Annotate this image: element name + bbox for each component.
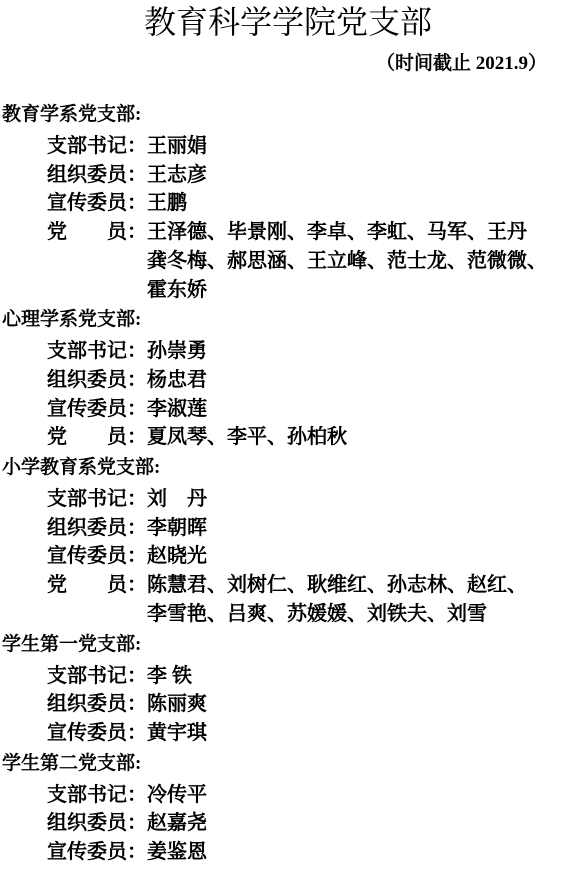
role-label: 组织委员： <box>47 366 147 395</box>
section-rows: 支部书记：王丽娟组织委员：王志彦宣传委员：王鹏党 员：王泽德、毕景刚、李卓、李虹… <box>0 132 576 304</box>
role-label: 组织委员： <box>47 690 147 719</box>
member-lines: 陈慧君、刘树仁、耿维红、孙志林、赵红、李雪艳、吕爽、苏媛媛、刘铁夫、刘雪 <box>147 571 576 628</box>
document: 教育科学学院党支部 （时间截止 2021.9） 教育学系党支部:支部书记：王丽娟… <box>0 4 576 881</box>
role-name: 冷传平 <box>147 781 207 810</box>
member-names-line: 陈慧君、刘树仁、耿维红、孙志林、赵红、 <box>147 571 576 600</box>
role-name: 陈丽爽 <box>147 690 207 719</box>
role-label: 宣传委员： <box>47 395 147 424</box>
role-name: 姜鉴恩 <box>147 838 207 867</box>
role-name: 李淑莲 <box>147 395 207 424</box>
role-name: 杨忠君 <box>147 366 207 395</box>
member-names-line: 霍东娇 <box>147 276 576 305</box>
role-name: 王丽娟 <box>147 132 207 161</box>
section-rows: 支部书记：冷传平组织委员：赵嘉尧宣传委员：姜鉴恩 <box>0 781 576 867</box>
member-lines: 夏凤琴、李平、孙柏秋 <box>147 423 576 452</box>
role-line: 组织委员：王志彦 <box>0 161 576 190</box>
sections-container: 教育学系党支部:支部书记：王丽娟组织委员：王志彦宣传委员：王鹏党 员：王泽德、毕… <box>0 101 576 867</box>
role-name: 李 铁 <box>147 662 192 691</box>
party-branch-section: 学生第二党支部:支部书记：冷传平组织委员：赵嘉尧宣传委员：姜鉴恩 <box>0 750 576 867</box>
member-names-line: 李雪艳、吕爽、苏媛媛、刘铁夫、刘雪 <box>147 600 576 629</box>
party-branch-section: 教育学系党支部:支部书记：王丽娟组织委员：王志彦宣传委员：王鹏党 员：王泽德、毕… <box>0 101 576 304</box>
role-label: 组织委员： <box>47 161 147 190</box>
role-line: 组织委员：杨忠君 <box>0 366 576 395</box>
members-line: 党 员：王泽德、毕景刚、李卓、李虹、马军、王丹龚冬梅、郝思涵、王立峰、范士龙、范… <box>0 218 576 304</box>
role-label: 支部书记： <box>47 132 147 161</box>
role-line: 宣传委员：黄宇琪 <box>0 719 576 748</box>
role-label: 宣传委员： <box>47 189 147 218</box>
role-label: 支部书记： <box>47 662 147 691</box>
members-label: 党 员： <box>47 571 147 600</box>
role-label: 组织委员： <box>47 514 147 543</box>
members-line: 党 员：陈慧君、刘树仁、耿维红、孙志林、赵红、李雪艳、吕爽、苏媛媛、刘铁夫、刘雪 <box>0 571 576 628</box>
role-line: 宣传委员：李淑莲 <box>0 395 576 424</box>
role-line: 支部书记：冷传平 <box>0 781 576 810</box>
section-heading: 学生第一党支部: <box>0 631 576 659</box>
role-name: 赵晓光 <box>147 542 207 571</box>
party-branch-section: 小学教育系党支部:支部书记：刘 丹组织委员：李朝晖宣传委员：赵晓光党 员：陈慧君… <box>0 454 576 629</box>
role-name: 赵嘉尧 <box>147 809 207 838</box>
role-name: 刘 丹 <box>147 485 207 514</box>
role-line: 组织委员：李朝晖 <box>0 514 576 543</box>
role-label: 宣传委员： <box>47 719 147 748</box>
member-lines: 王泽德、毕景刚、李卓、李虹、马军、王丹龚冬梅、郝思涵、王立峰、范士龙、范微微、霍… <box>147 218 576 304</box>
role-line: 支部书记：王丽娟 <box>0 132 576 161</box>
page-subtitle: （时间截止 2021.9） <box>0 52 576 76</box>
members-label: 党 员： <box>47 218 147 247</box>
role-name: 黄宇琪 <box>147 719 207 748</box>
members-line: 党 员：夏凤琴、李平、孙柏秋 <box>0 423 576 452</box>
role-line: 支部书记：刘 丹 <box>0 485 576 514</box>
section-heading: 心理学系党支部: <box>0 306 576 334</box>
role-line: 组织委员：赵嘉尧 <box>0 809 576 838</box>
role-label: 支部书记： <box>47 781 147 810</box>
role-line: 宣传委员：赵晓光 <box>0 542 576 571</box>
page-title: 教育科学学院党支部 <box>0 4 576 40</box>
party-branch-section: 学生第一党支部:支部书记：李 铁组织委员：陈丽爽宣传委员：黄宇琪 <box>0 631 576 748</box>
role-label: 组织委员： <box>47 809 147 838</box>
section-heading: 学生第二党支部: <box>0 750 576 778</box>
role-line: 支部书记：孙崇勇 <box>0 337 576 366</box>
section-heading: 教育学系党支部: <box>0 101 576 129</box>
role-name: 王志彦 <box>147 161 207 190</box>
party-branch-section: 心理学系党支部:支部书记：孙崇勇组织委员：杨忠君宣传委员：李淑莲党 员：夏凤琴、… <box>0 306 576 452</box>
role-name: 孙崇勇 <box>147 337 207 366</box>
section-rows: 支部书记：李 铁组织委员：陈丽爽宣传委员：黄宇琪 <box>0 662 576 748</box>
section-heading: 小学教育系党支部: <box>0 454 576 482</box>
member-names-line: 龚冬梅、郝思涵、王立峰、范士龙、范微微、 <box>147 247 576 276</box>
role-label: 宣传委员： <box>47 838 147 867</box>
role-line: 宣传委员：王鹏 <box>0 189 576 218</box>
member-names-line: 王泽德、毕景刚、李卓、李虹、马军、王丹 <box>147 218 576 247</box>
role-label: 宣传委员： <box>47 542 147 571</box>
section-rows: 支部书记：孙崇勇组织委员：杨忠君宣传委员：李淑莲党 员：夏凤琴、李平、孙柏秋 <box>0 337 576 452</box>
role-name: 王鹏 <box>147 189 187 218</box>
role-line: 宣传委员：姜鉴恩 <box>0 838 576 867</box>
members-label: 党 员： <box>47 423 147 452</box>
role-name: 李朝晖 <box>147 514 207 543</box>
role-line: 组织委员：陈丽爽 <box>0 690 576 719</box>
role-label: 支部书记： <box>47 485 147 514</box>
member-names-line: 夏凤琴、李平、孙柏秋 <box>147 423 576 452</box>
role-line: 支部书记：李 铁 <box>0 662 576 691</box>
role-label: 支部书记： <box>47 337 147 366</box>
section-rows: 支部书记：刘 丹组织委员：李朝晖宣传委员：赵晓光党 员：陈慧君、刘树仁、耿维红、… <box>0 485 576 629</box>
